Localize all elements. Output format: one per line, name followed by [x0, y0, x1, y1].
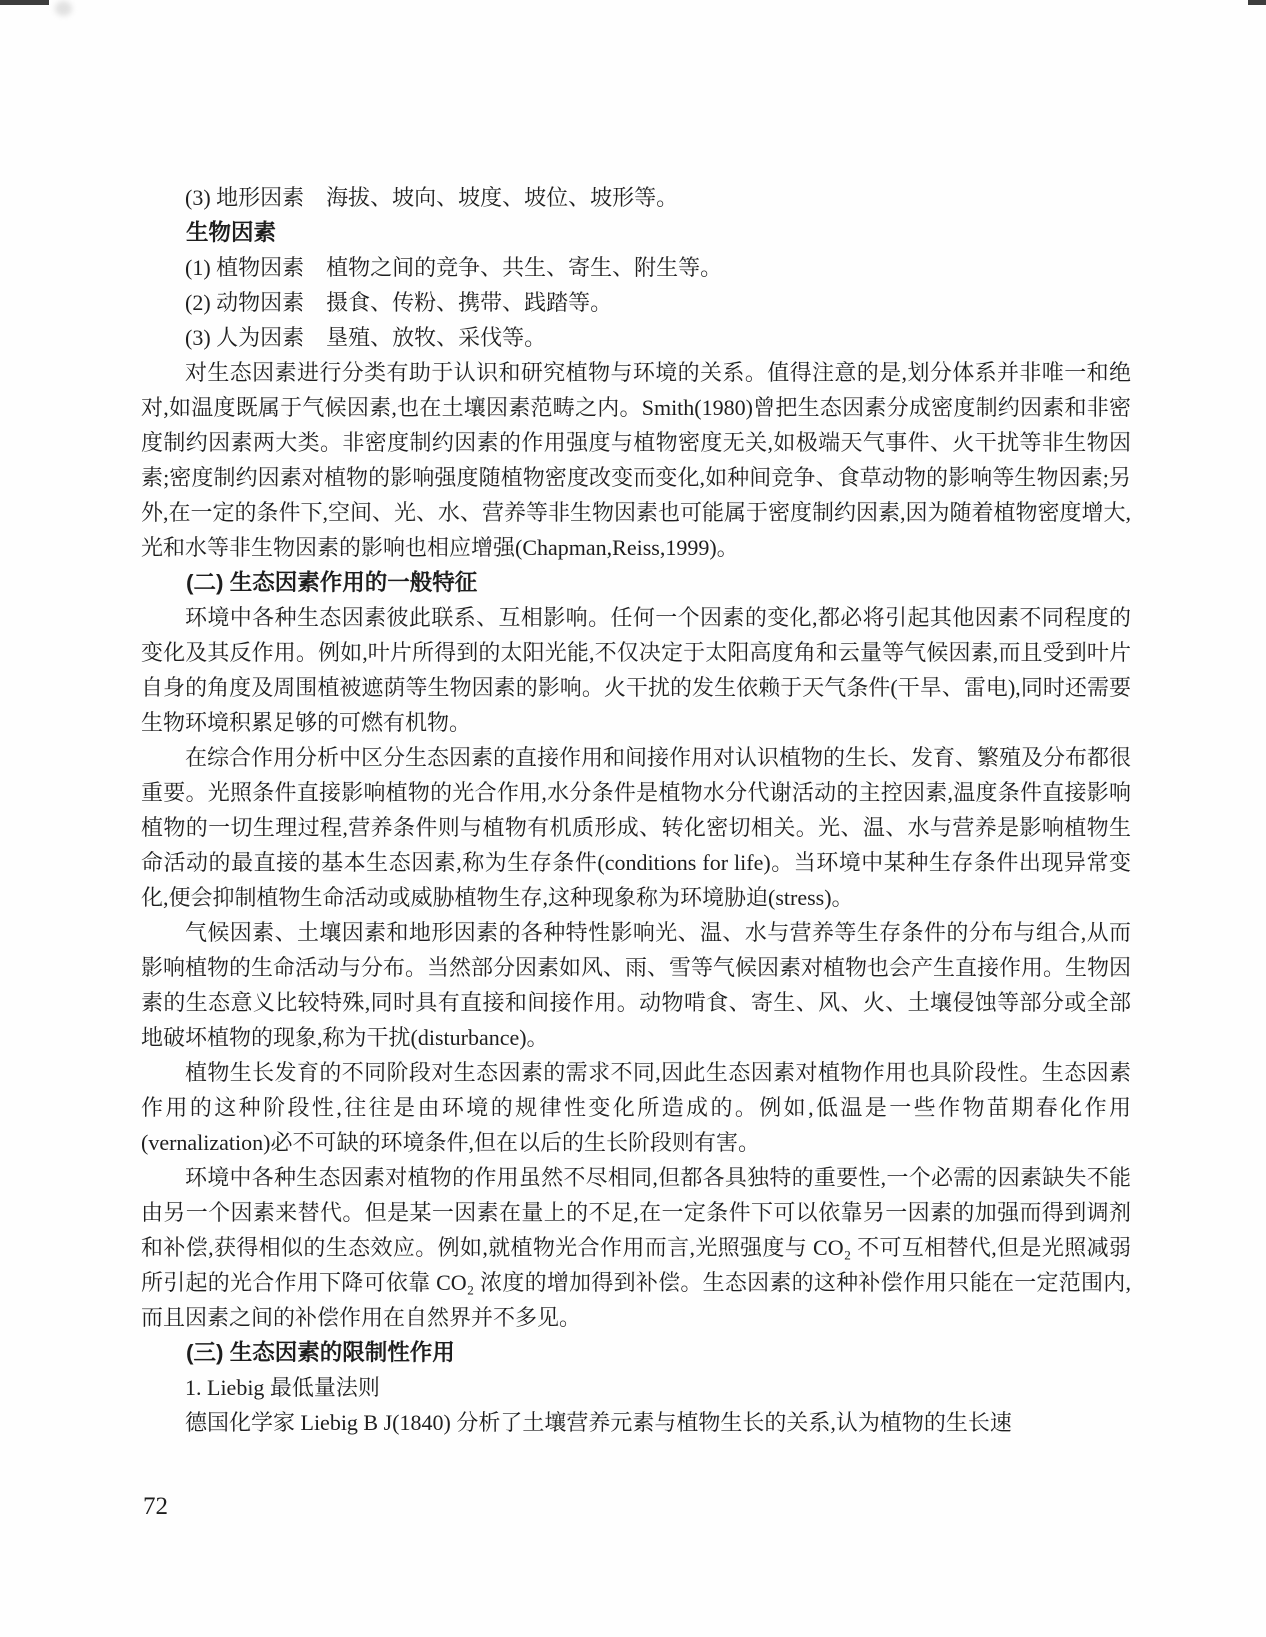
subheading-biological-factors: 生物因素	[141, 215, 1131, 250]
list-item-terrain-factors: (3) 地形因素 海拔、坡向、坡度、坡位、坡形等。	[141, 180, 1131, 215]
book-page: (3) 地形因素 海拔、坡向、坡度、坡位、坡形等。 生物因素 (1) 植物因素 …	[0, 0, 1266, 1637]
list-item-animal-factors: (2) 动物因素 摄食、传粉、携带、践踏等。	[141, 285, 1131, 320]
list-item-human-factors: (3) 人为因素 垦殖、放牧、采伐等。	[141, 320, 1131, 355]
paragraph-stage-specificity: 植物生长发育的不同阶段对生态因素的需求不同,因此生态因素对植物作用也具阶段性。生…	[141, 1055, 1131, 1160]
scan-artifact-top-left	[0, 0, 49, 5]
section-heading-general-characteristics: (二) 生态因素作用的一般特征	[141, 565, 1131, 600]
paragraph-classification: 对生态因素进行分类有助于认识和研究植物与环境的关系。值得注意的是,划分体系并非唯…	[141, 355, 1131, 565]
numbered-item-liebig-law: 1. Liebig 最低量法则	[141, 1370, 1131, 1405]
page-content: (3) 地形因素 海拔、坡向、坡度、坡位、坡形等。 生物因素 (1) 植物因素 …	[141, 180, 1131, 1440]
scan-artifact-smudge	[55, 1, 72, 16]
list-item-plant-factors: (1) 植物因素 植物之间的竞争、共生、寄生、附生等。	[141, 250, 1131, 285]
paragraph-conditions-distribution: 气候因素、土壤因素和地形因素的各种特性影响光、温、水与营养等生存条件的分布与组合…	[141, 915, 1131, 1055]
paragraph-liebig-analysis: 德国化学家 Liebig B J(1840) 分析了土壤营养元素与植物生长的关系…	[141, 1405, 1131, 1440]
scan-artifact-top-right	[1248, 0, 1266, 5]
paragraph-direct-indirect-effects: 在综合作用分析中区分生态因素的直接作用和间接作用对认识植物的生长、发育、繁殖及分…	[141, 740, 1131, 915]
section-heading-limiting-effects: (三) 生态因素的限制性作用	[141, 1335, 1131, 1370]
paragraph-compensation: 环境中各种生态因素对植物的作用虽然不尽相同,但都各具独特的重要性,一个必需的因素…	[141, 1160, 1131, 1335]
page-number: 72	[143, 1492, 168, 1522]
paragraph-mutual-influence: 环境中各种生态因素彼此联系、互相影响。任何一个因素的变化,都必将引起其他因素不同…	[141, 600, 1131, 740]
